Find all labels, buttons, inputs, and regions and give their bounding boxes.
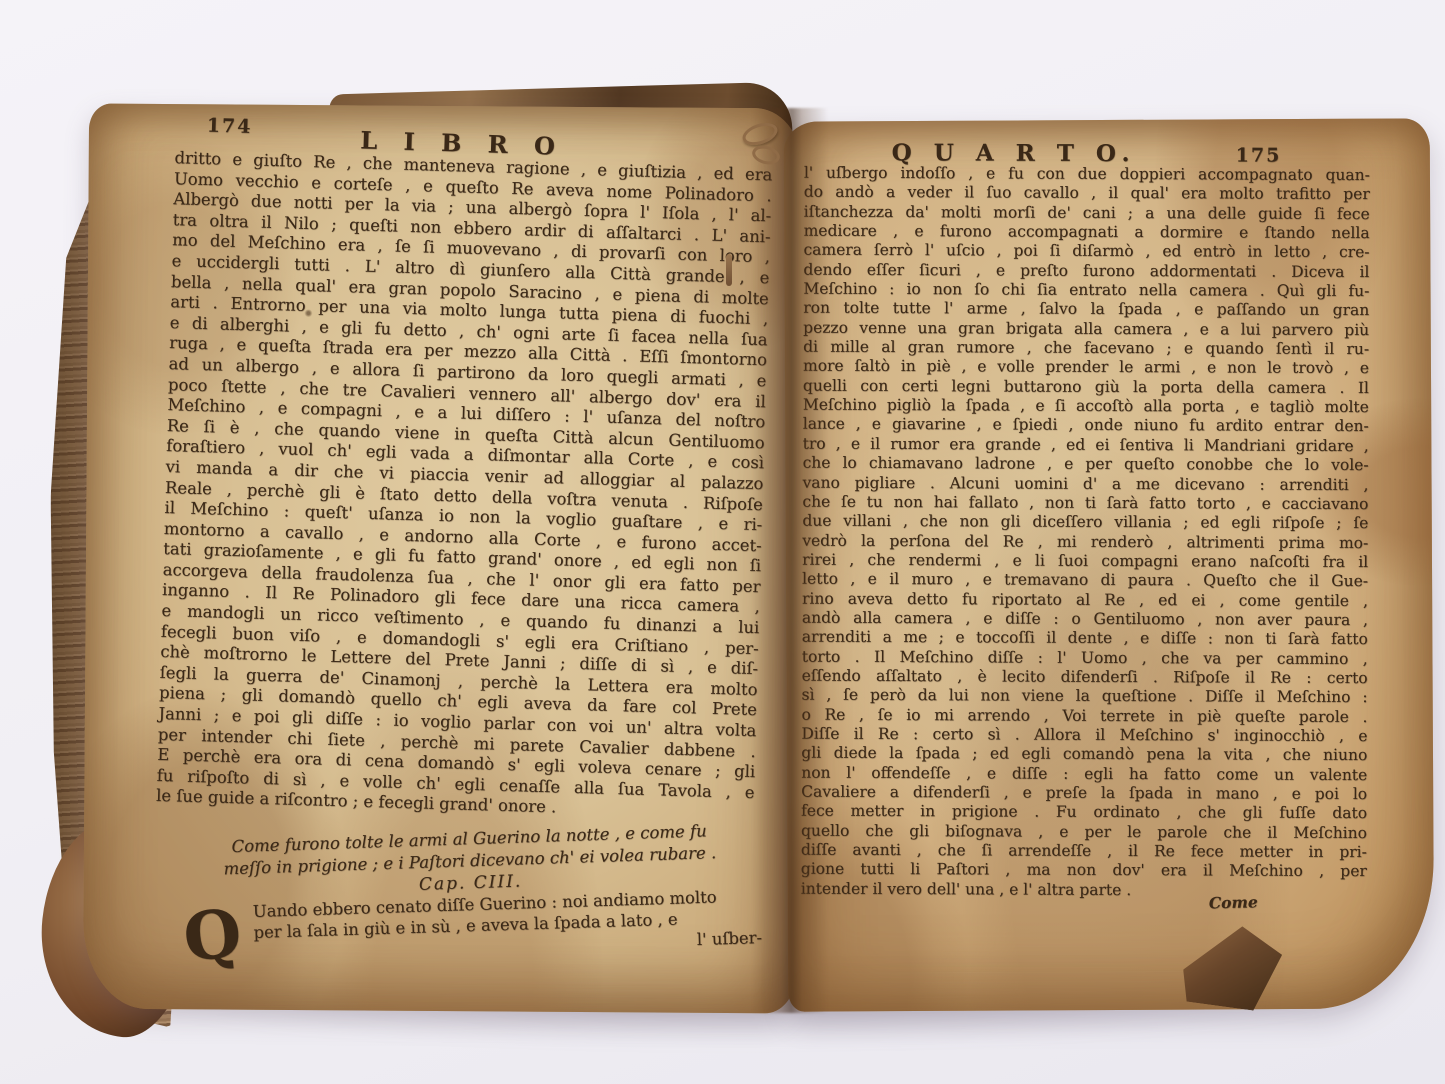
text-line: ron tolte tutte l' arme , ſalvo la ſpada… xyxy=(803,299,1369,321)
right-page-header: Q U A R T O. 175 xyxy=(784,133,1430,135)
book-gutter-shadow xyxy=(752,108,828,1013)
text-line: rino aveva detto fu riportato al Re , ed… xyxy=(802,589,1368,611)
text-line: sì , ſe però da lui non viene la queſtio… xyxy=(802,686,1368,708)
page-number-right: 175 xyxy=(1236,144,1282,166)
running-title-right: Q U A R T O. xyxy=(892,139,1137,167)
text-line: Meſchino pigliò la ſpada , e ſi accoſtò … xyxy=(803,396,1369,418)
text-line: lance , e giavarine , e ſpiedi , onde ni… xyxy=(803,415,1369,437)
text-line: gli diede la ſpada ; ed egli comandò pen… xyxy=(801,744,1367,766)
text-line: vedrò la perſona del Re , mi renderò , a… xyxy=(802,531,1368,553)
text-line: dendo eſſer ſicuri , e preſto furono add… xyxy=(803,260,1369,282)
text-line: che ſe tu non hai fallato , non ti ſarà … xyxy=(802,492,1368,514)
text-line: vano pigliare . Alcuni uomini d' a me di… xyxy=(802,473,1368,495)
left-page-body-text: dritto e giuſto Re , che manteneva ragio… xyxy=(156,148,773,824)
text-line: Diſſe il Re : certo sì . Allora il Meſch… xyxy=(801,725,1367,747)
text-line: tro , e il rumor era grande , ed ei ſent… xyxy=(803,434,1369,456)
text-line: torto . Il Meſchino diſſe : l' Uomo , ch… xyxy=(802,647,1368,669)
text-line: letto , e il muro , e tremavano di paura… xyxy=(802,570,1368,592)
text-line: fece metter in prigione . Fu ordinato , … xyxy=(801,802,1367,824)
text-line: pezzo venne una gran brigata alla camera… xyxy=(803,318,1369,340)
text-line: che lo chiamavano ladrone , e per queſto… xyxy=(803,454,1369,476)
text-line: iſtanchezza da' molti morſi de' cani ; a… xyxy=(804,202,1370,224)
text-line: eſſendo aſſaltato , è lecito difenderſi … xyxy=(802,667,1368,689)
text-line: medicare , e furono accompagnati a dormi… xyxy=(804,222,1370,244)
text-line: quelli con certi legni buttarono giù la … xyxy=(803,376,1369,398)
text-line: rirei , che rendermi , e li ſuoi compagn… xyxy=(802,550,1368,572)
text-line: camera ſerrò l' uſcio , poi ſi diſarmò ,… xyxy=(803,241,1369,263)
right-page: Q U A R T O. 175 l' uſbergo indoſſo , e … xyxy=(784,118,1435,1011)
text-line: do andò a veder il ſuo cavallo , il qual… xyxy=(804,183,1370,205)
text-line: more ſaltò in piè , e volle prender le a… xyxy=(803,357,1369,379)
text-line: arrenditi a me ; e toccoſſi il dente , e… xyxy=(802,628,1368,650)
drop-cap: Q xyxy=(181,903,244,967)
text-line: l' uſbergo indoſſo , e fu con due doppie… xyxy=(804,164,1370,186)
text-line: Meſchino : io non ſo chi ſia entrato nel… xyxy=(803,280,1369,302)
left-page-header: 174 L I B R O xyxy=(89,109,801,131)
page-curl-bottom-right xyxy=(1179,919,1285,1013)
text-line: due villani , che non gli diceſſero vill… xyxy=(802,512,1368,534)
page-number-left: 174 xyxy=(206,115,252,138)
photo-scene: 174 L I B R O dritto e giuſto Re , che m… xyxy=(0,0,1445,1084)
text-line: diſſe avanti , che ſi arrendeſſe , il Re… xyxy=(801,841,1367,863)
right-page-body-text: l' uſbergo indoſſo , e fu con due doppie… xyxy=(801,164,1370,902)
text-line: quello che gli biſognava , e per le paro… xyxy=(801,821,1367,843)
text-line: non l' offendeſſe , e diſſe : egli ha fa… xyxy=(801,763,1367,785)
left-page: 174 L I B R O dritto e giuſto Re , che m… xyxy=(83,104,801,1014)
text-line: o Re , ſe io mi arrendo , Voi terrete in… xyxy=(801,705,1367,727)
text-line: Cavaliere a difenderſi , e preſe la ſpad… xyxy=(801,783,1367,805)
text-line: di mille al gran rumore , che facevano ;… xyxy=(803,338,1369,360)
text-line: gione tutti li Paſtori , ma non dov' era… xyxy=(801,860,1367,882)
binding-thread-mid xyxy=(726,254,732,286)
